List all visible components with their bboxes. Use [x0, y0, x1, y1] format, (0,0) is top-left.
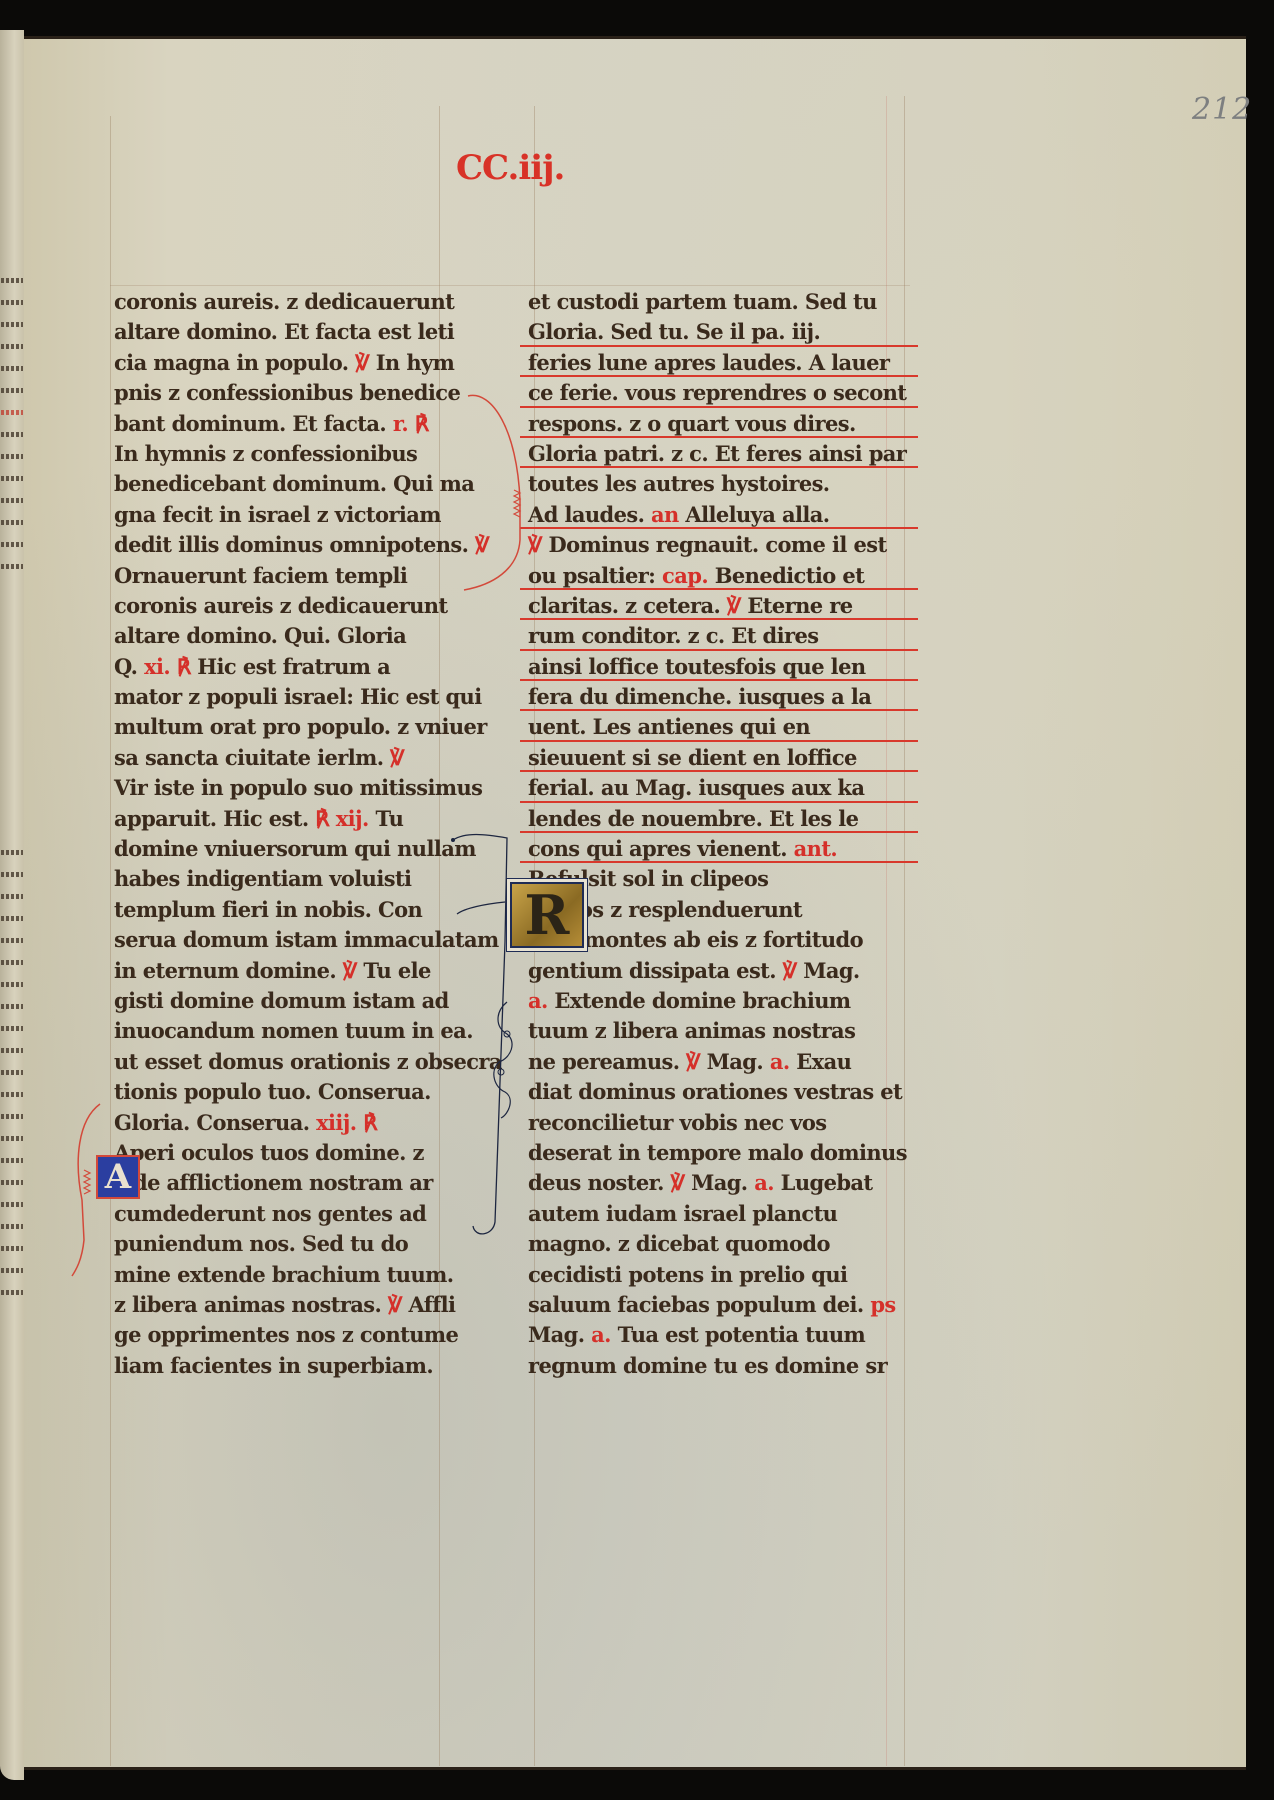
rubric-mark: xij. — [336, 806, 369, 831]
text-line: fera du dimenche. iusques a la — [528, 682, 908, 712]
text-line: rum conditor. z c. Et dires — [528, 621, 908, 651]
text-line: Gloria patri. z c. Et feres ainsi par — [528, 439, 908, 469]
rubric-mark: cap. — [662, 563, 708, 588]
red-penwork-flourish-icon — [70, 1100, 110, 1280]
text-line: Mag. a. Tua est potentia tuum — [528, 1320, 908, 1350]
rubric-mark: ℣ — [783, 958, 797, 983]
text-line: Gloria. Conserua. xiij. ℟ — [114, 1108, 454, 1138]
text-line: vide afflictionem nostram ar — [114, 1168, 454, 1198]
text-line: inuocandum nomen tuum in ea. — [114, 1016, 454, 1046]
text-line: ou psaltier: cap. Benedictio et — [528, 561, 908, 591]
text-line: deserat in tempore malo dominus — [528, 1138, 908, 1168]
text-line: in eternum domine. ℣ Tu ele — [114, 956, 454, 986]
text-line: sieuuent si se dient en loffice — [528, 743, 908, 773]
running-head: CC.iij. — [456, 148, 564, 188]
text-line: a. Extende domine brachium — [528, 986, 908, 1016]
rubric-mark: a. — [528, 988, 548, 1013]
rubric-mark: a. — [591, 1322, 611, 1347]
text-line: cia magna in populo. ℣ In hym — [114, 348, 454, 378]
rubric-mark: ℣ — [686, 1049, 700, 1074]
text-line: ut esset domus orationis z obsecra — [114, 1047, 454, 1077]
folio-number: 212 — [1192, 92, 1252, 127]
text-line: magno. z dicebat quomodo — [528, 1229, 908, 1259]
text-line: mine extende brachium tuum. — [114, 1260, 454, 1290]
text-line: ℣ Dominus regnauit. come il est — [528, 530, 908, 560]
text-line: serua domum istam immaculatam — [114, 925, 454, 955]
text-line: uent. Les antienes qui en — [528, 712, 908, 742]
text-line: saluum faciebas populum dei. ps — [528, 1290, 908, 1320]
text-line: puniendum nos. Sed tu do — [114, 1229, 454, 1259]
text-line: ne pereamus. ℣ Mag. a. Exau — [528, 1047, 908, 1077]
text-line: cons qui apres vienent. ant. — [528, 834, 908, 864]
rubric-mark: a. — [770, 1049, 790, 1074]
text-line: domine vniuersorum qui nullam — [114, 834, 454, 864]
text-line: altare domino. Qui. Gloria — [114, 621, 454, 651]
text-line: autem iudam israel planctu — [528, 1199, 908, 1229]
text-line: z libera animas nostras. ℣ Affli — [114, 1290, 454, 1320]
text-line: cecidisti potens in prelio qui — [528, 1260, 908, 1290]
text-line: coronis aureis z dedicauerunt — [114, 591, 454, 621]
text-line: feries lune apres laudes. A lauer — [528, 348, 908, 378]
rubric-mark: ℣ — [388, 1292, 402, 1317]
text-line: In hymnis z confessionibus — [114, 439, 454, 469]
text-line: multum orat pro populo. z vniuer — [114, 712, 454, 742]
rubric-mark: r. — [393, 411, 408, 436]
text-line: ainsi loffice toutesfois que len — [528, 652, 908, 682]
text-line: ferial. au Mag. iusques aux ka — [528, 773, 908, 803]
text-line: habes indigentiam voluisti — [114, 864, 454, 894]
text-line: claritas. z cetera. ℣ Eterne re — [528, 591, 908, 621]
rubric-mark: ℣ — [671, 1170, 685, 1195]
text-line: aureos z resplenduerunt — [528, 895, 908, 925]
text-line: bant dominum. Et facta. r. ℟ — [114, 409, 454, 439]
text-line: liam facientes in superbiam. — [114, 1351, 454, 1381]
left-text-column: coronis aureis. z dedicaueruntaltare dom… — [114, 287, 454, 1381]
rubric-mark: ant. — [794, 836, 838, 861]
rubric-mark: an — [651, 502, 679, 527]
text-line: benedicebant dominum. Qui ma — [114, 469, 454, 499]
rubric-mark: xiij. — [316, 1110, 356, 1135]
text-line: Q. xi. ℟ Hic est fratrum a — [114, 652, 454, 682]
text-line: ce ferie. vous reprendres o secont — [528, 378, 908, 408]
text-line: Refulsit sol in clipeos — [528, 864, 908, 894]
text-line: respons. z o quart vous dires. — [528, 409, 908, 439]
rubric-mark: ℣ — [727, 593, 741, 618]
text-line: templum fieri in nobis. Con — [114, 895, 454, 925]
rubric-mark: ℟ — [363, 1110, 377, 1135]
text-line: dedit illis dominus omnipotens. ℣ — [114, 530, 454, 560]
text-line: reconcilietur vobis nec vos — [528, 1108, 908, 1138]
rubric-mark: ℟ — [315, 806, 329, 831]
rubric-mark: ps — [870, 1292, 895, 1317]
text-line: sa sancta ciuitate ierlm. ℣ — [114, 743, 454, 773]
text-line: cumdederunt nos gentes ad — [114, 1199, 454, 1229]
text-line: ge opprimentes nos z contume — [114, 1320, 454, 1350]
text-line: coronis aureis. z dedicauerunt — [114, 287, 454, 317]
text-line: apparuit. Hic est. ℟ xij. Tu — [114, 804, 454, 834]
rubric-mark: ℣ — [343, 958, 357, 983]
text-line: diat dominus orationes vestras et — [528, 1077, 908, 1107]
text-line: toutes les autres hystoires. — [528, 469, 908, 499]
ink-penwork-flourish-icon — [445, 822, 525, 1242]
rubric-mark: ℣ — [355, 350, 369, 375]
rubric-mark: xi. — [144, 654, 170, 679]
text-line: Gloria. Sed tu. Se il pa. iij. — [528, 317, 908, 347]
ruling-line — [110, 116, 111, 1766]
rubric-mark: ℟ — [177, 654, 191, 679]
text-line: lendes de nouembre. Et les le — [528, 804, 908, 834]
previous-page-edge — [0, 30, 24, 1780]
text-line: tionis populo tuo. Conserua. — [114, 1077, 454, 1107]
text-line: tuum z libera animas nostras — [528, 1016, 908, 1046]
text-line: mator z populi israel: Hic est qui — [114, 682, 454, 712]
ruling-line — [110, 285, 910, 286]
text-line: deus noster. ℣ Mag. a. Lugebat — [528, 1168, 908, 1198]
text-line: Ad laudes. an Alleluya alla. — [528, 500, 908, 530]
rubric-mark: ℣ — [390, 745, 404, 770]
rubric-mark: ℟ — [415, 411, 429, 436]
text-line: gna fecit in israel z victoriam — [114, 500, 454, 530]
text-line: regnum domine tu es domine sr — [528, 1351, 908, 1381]
right-text-column: et custodi partem tuam. Sed tuGloria. Se… — [528, 287, 908, 1381]
text-line: et custodi partem tuam. Sed tu — [528, 287, 908, 317]
text-line: Ornauerunt faciem templi — [114, 561, 454, 591]
text-line: runt montes ab eis z fortitudo — [528, 925, 908, 955]
text-line: altare domino. Et facta est leti — [114, 317, 454, 347]
text-line: gisti domine domum istam ad — [114, 986, 454, 1016]
text-line: gentium dissipata est. ℣ Mag. — [528, 956, 908, 986]
rubric-mark: a. — [754, 1170, 774, 1195]
text-line: pnis z confessionibus benedice — [114, 378, 454, 408]
red-penwork-flourish-icon — [462, 390, 532, 600]
text-line: Vir iste in populo suo mitissimus — [114, 773, 454, 803]
text-line: Aperi oculos tuos domine. z — [114, 1138, 454, 1168]
